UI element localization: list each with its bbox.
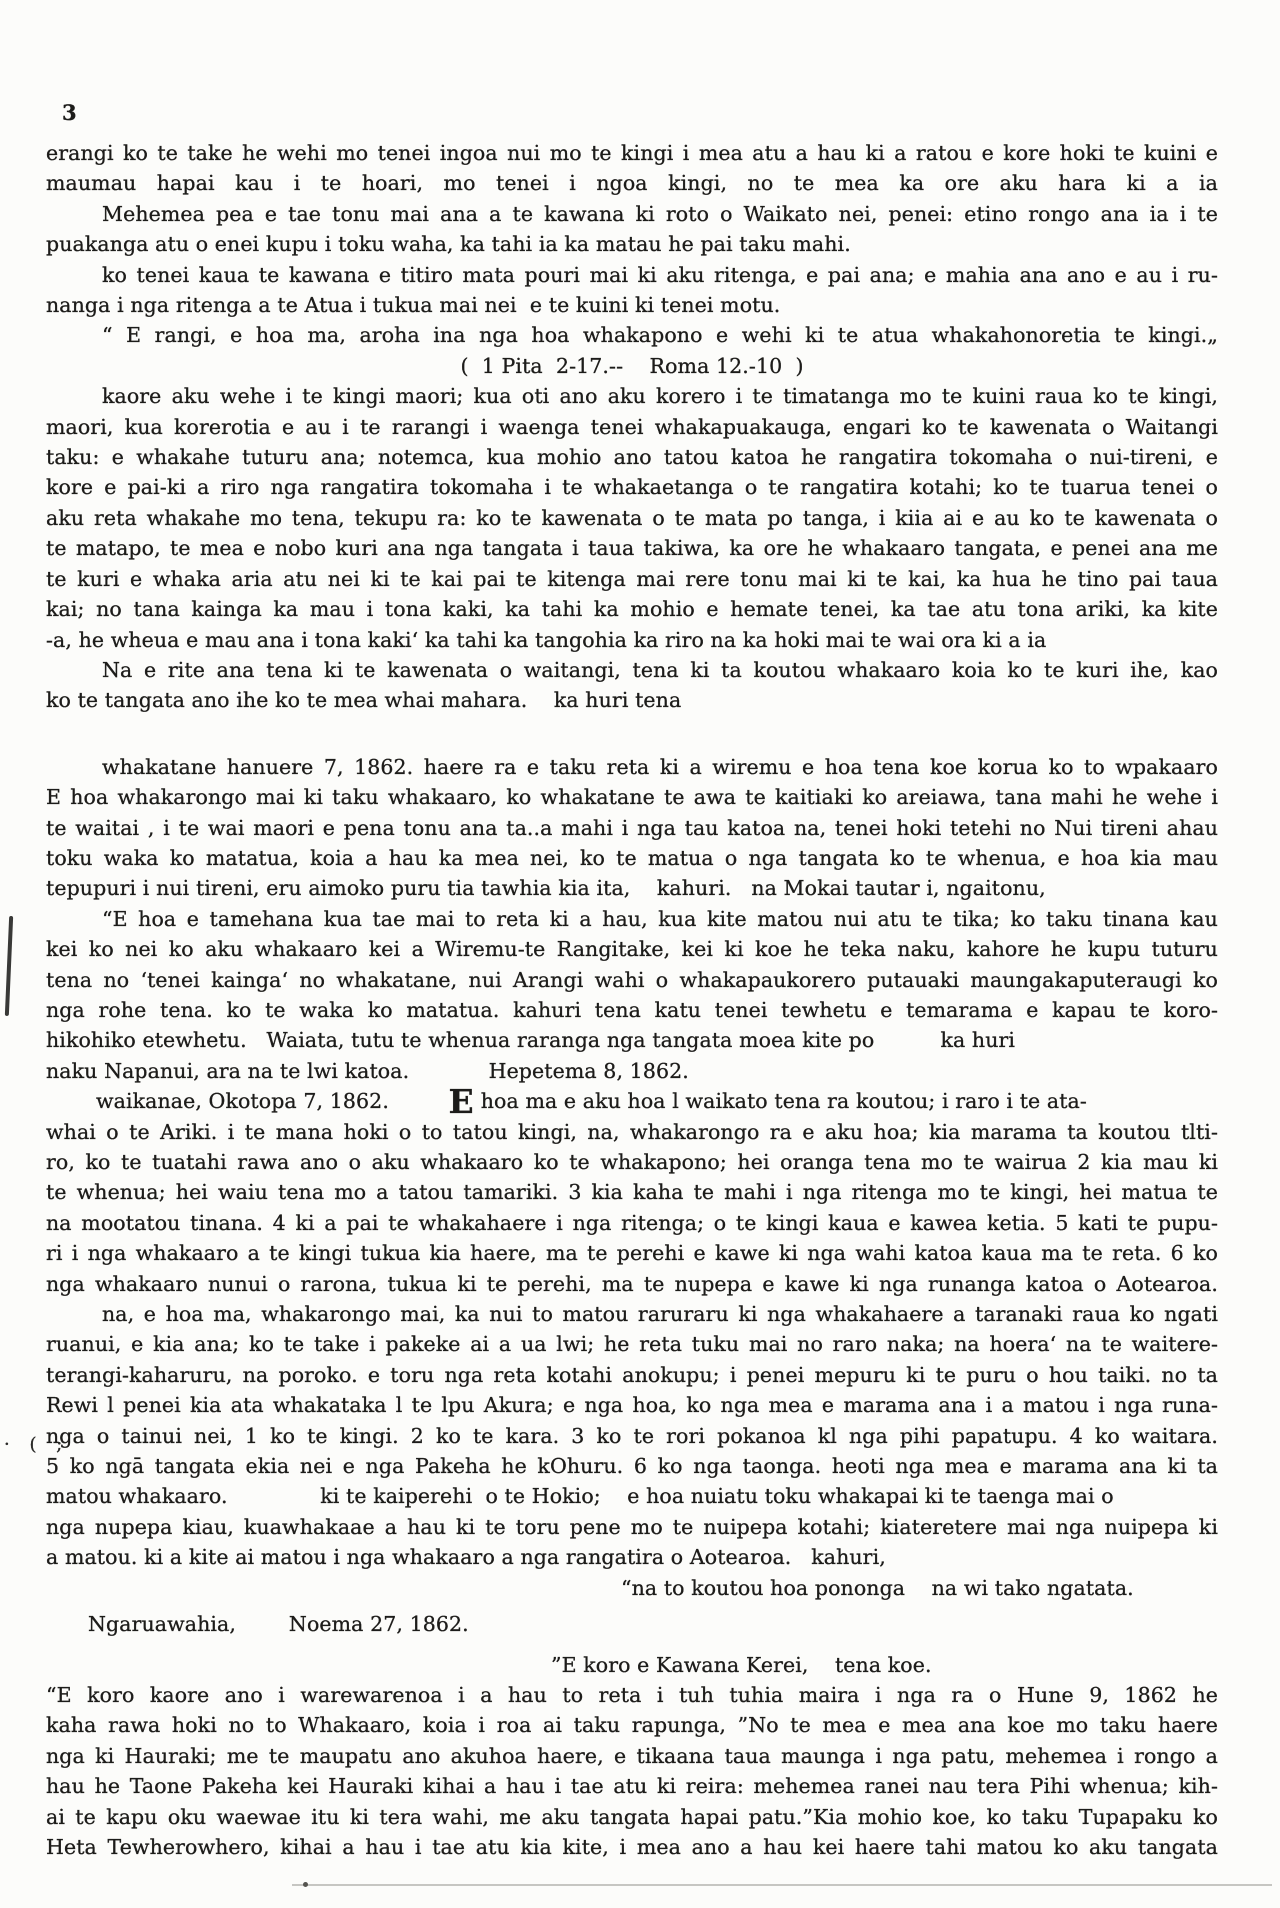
- text-line: taku: e whakahe tuturu ana; notemca, kua…: [46, 442, 1218, 472]
- page-edge-line: [292, 1884, 1272, 1886]
- text-line: te matapo, te mea e nobo kuri ana nga ta…: [46, 533, 1218, 563]
- page-sheet: 3 erangi ko te take he wehi mo tenei ing…: [46, 0, 1218, 1862]
- ink-stroke-artifact: [5, 916, 13, 1016]
- text-line: nga rohe tena. ko te waka ko matatua. ka…: [46, 995, 1218, 1025]
- text-line: hau he Taone Pakeha kei Hauraki kihai a …: [46, 1771, 1218, 1801]
- margin-marks-artifact: · ( ;: [4, 1434, 69, 1455]
- text-line: tena no ‘tenei kainga‘ no whakatane, nui…: [46, 965, 1218, 995]
- text-line: kei ko nei ko aku whakaaro kei a Wiremu-…: [46, 934, 1218, 964]
- scanned-document-page: { "page": { "number": "3", "background":…: [0, 0, 1280, 1908]
- text-line: whakatane hanuere 7, 1862. haere ra e ta…: [46, 752, 1218, 782]
- text-line: Rewi l penei kia ata whakataka l te lpu …: [46, 1390, 1218, 1420]
- text-line: ro, ko te tuatahi rawa ano o aku whakaar…: [46, 1147, 1218, 1177]
- text-line: te waitai , i te wai maori e pena tonu a…: [46, 813, 1218, 843]
- text-line: ai te kapu oku waewae itu ki tera wahi, …: [46, 1802, 1218, 1832]
- text-line: ”E koro e Kawana Kerei, tena koe.: [46, 1650, 1218, 1680]
- text-line: a matou. ki a kite ai matou i nga whakaa…: [46, 1542, 1218, 1572]
- text-line: ruanui, e kia ana; ko te take i pakeke a…: [46, 1329, 1218, 1359]
- text-line: 5 ko ngā tangata ekia nei e nga Pakeha h…: [46, 1451, 1218, 1481]
- text-line: whai o te Ariki. i te mana hoki o to tat…: [46, 1117, 1218, 1147]
- text-line: nga o tainui nei, 1 ko te kingi. 2 ko te…: [46, 1421, 1218, 1451]
- text-line: nanga i nga ritenga a te Atua i tukua ma…: [46, 290, 1218, 320]
- text-line: maumau hapai kau i te hoari, mo tenei i …: [46, 168, 1218, 198]
- text-line: E hoa whakarongo mai ki taku whakaaro, k…: [46, 782, 1218, 812]
- text-line: waikanae, Okotopa 7, 1862. E hoa ma e ak…: [46, 1086, 1218, 1116]
- text-line: aku reta whakahe mo tena, tekupu ra: ko …: [46, 503, 1218, 533]
- text-line: nga whakaaro nunui o rarona, tukua ki te…: [46, 1269, 1218, 1299]
- text-line: “ E rangi, e hoa ma, aroha ina nga hoa w…: [46, 320, 1218, 350]
- text-line: “na to koutou hoa pononga na wi tako nga…: [46, 1573, 1218, 1603]
- text-line: matou whakaaro. ki te kaiperehi o te Hok…: [46, 1481, 1218, 1511]
- speck-artifact: [303, 1882, 308, 1887]
- page-number: 3: [46, 100, 1218, 138]
- text-line: kore e pai-ki a riro nga rangatira tokom…: [46, 472, 1218, 502]
- text-line: Ngaruawahia, Noema 27, 1862.: [46, 1609, 1218, 1639]
- text-line: “E koro kaore ano i warewarenoa i a hau …: [46, 1680, 1218, 1710]
- text-line: ( 1 Pita 2-17.-- Roma 12.-10 ): [46, 351, 1218, 381]
- text-line: Heta Tewherowhero, kihai a hau i tae atu…: [46, 1832, 1218, 1862]
- text-line: kaore aku wehe i te kingi maori; kua oti…: [46, 381, 1218, 411]
- text-line: maori, kua korerotia e au i te rarangi i…: [46, 412, 1218, 442]
- text-line: nga ki Hauraki; me te maupatu ano akuhoa…: [46, 1741, 1218, 1771]
- text-line: ko tenei kaua te kawana e titiro mata po…: [46, 260, 1218, 290]
- text-line: ko te tangata ano ihe ko te mea whai mah…: [46, 685, 1218, 715]
- text-line: kaha rawa hoki no to Whakaaro, koia i ro…: [46, 1710, 1218, 1740]
- text-line: na mootatou tinana. 4 ki a pai te whakah…: [46, 1208, 1218, 1238]
- text-line: naku Napanui, ara na te lwi katoa. Hepet…: [46, 1056, 1218, 1086]
- text-line: tepupuri i nui tireni, eru aimoko puru t…: [46, 873, 1218, 903]
- text-line: terangi-kaharuru, na poroko. e toru nga …: [46, 1360, 1218, 1390]
- document-body: erangi ko te take he wehi mo tenei ingoa…: [46, 138, 1218, 1862]
- text-line: -a, he wheua e mau ana i tona kaki‘ ka t…: [46, 625, 1218, 655]
- text-line: hikohiko etewhetu. Waiata, tutu te whenu…: [46, 1025, 1218, 1055]
- text-line: Mehemea pea e tae tonu mai ana a te kawa…: [46, 199, 1218, 229]
- text-line: erangi ko te take he wehi mo tenei ingoa…: [46, 138, 1218, 168]
- text-line: te kuri e whaka aria atu nei ki te kai p…: [46, 564, 1218, 594]
- text-line: te whenua; hei waiu tena mo a tatou tama…: [46, 1177, 1218, 1207]
- initial-capital: E: [448, 1082, 474, 1121]
- text-line: na, e hoa ma, whakarongo mai, ka nui to …: [46, 1299, 1218, 1329]
- text-line: Na e rite ana tena ki te kawenata o wait…: [46, 655, 1218, 685]
- text-line: ri i nga whakaaro a te kingi tukua kia h…: [46, 1238, 1218, 1268]
- text-line: “E hoa e tamehana kua tae mai to reta ki…: [46, 904, 1218, 934]
- text-line: puakanga atu o enei kupu i toku waha, ka…: [46, 229, 1218, 259]
- text-line: nga nupepa kiau, kuawhakaae a hau ki te …: [46, 1512, 1218, 1542]
- text-line: kai; no tana kainga ka mau i tona kaki, …: [46, 594, 1218, 624]
- text-line: toku waka ko matatua, koia a hau ka mea …: [46, 843, 1218, 873]
